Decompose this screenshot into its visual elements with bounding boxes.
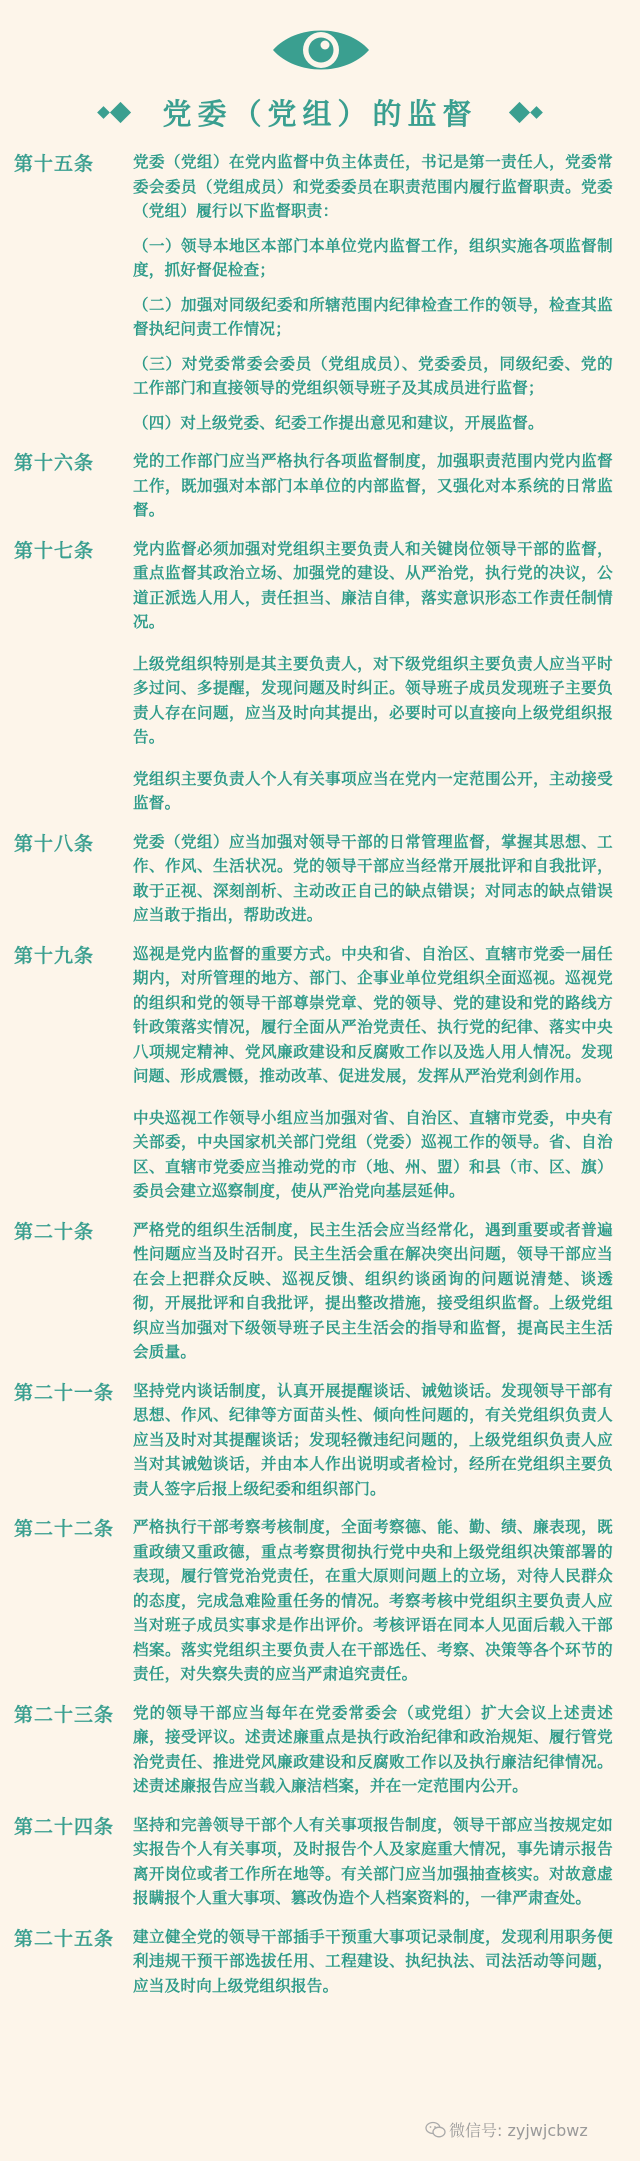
article-21: 第二十一条 坚持党内谈话制度，认真开展提醒谈话、诫勉谈话。发现领导干部有思想、作… xyxy=(0,1379,640,1502)
article-paragraph: 坚持和完善领导干部个人有关事项报告制度，领导干部应当按规定如实报告个人有关事项，… xyxy=(133,1813,613,1911)
article-label: 第二十三条 xyxy=(0,1701,133,1799)
article-paragraph: 党的工作部门应当严格执行各项监督制度，加强职责范围内党内监督工作，既加强对本部门… xyxy=(133,449,613,523)
article-label: 第十七条 xyxy=(0,537,133,816)
page-title: 党委（党组）的监督 xyxy=(162,92,477,133)
article-paragraph: 党组织主要负责人个人有关事项应当在党内一定范围公开，主动接受监督。 xyxy=(133,767,613,816)
title-row: 党委（党组）的监督 xyxy=(0,90,640,134)
article-paragraph: （三）对党委常委会委员（党组成员）、党委委员，同级纪委、党的工作部门和直接领导的… xyxy=(133,352,613,401)
article-label: 第二十二条 xyxy=(0,1515,133,1687)
article-body: 党内监督必须加强对党组织主要负责人和关键岗位领导干部的监督，重点监督其政治立场、… xyxy=(133,537,613,816)
article-list: 第十五条 党委（党组）在党内监督中负主体责任，书记是第一责任人，党委常委会委员（… xyxy=(0,150,640,2012)
article-label: 第十五条 xyxy=(0,150,133,435)
article-16: 第十六条 党的工作部门应当严格执行各项监督制度，加强职责范围内党内监督工作，既加… xyxy=(0,449,640,523)
article-15: 第十五条 党委（党组）在党内监督中负主体责任，书记是第一责任人，党委常委会委员（… xyxy=(0,150,640,435)
article-17: 第十七条 党内监督必须加强对党组织主要负责人和关键岗位领导干部的监督，重点监督其… xyxy=(0,537,640,816)
article-paragraph: 严格党的组织生活制度，民主生活会应当经常化，遇到重要或者普遍性问题应当及时召开。… xyxy=(133,1218,613,1365)
article-paragraph: （一）领导本地区本部门本单位党内监督工作，组织实施各项监督制度，抓好督促检查； xyxy=(133,234,613,283)
header: 党委（党组）的监督 xyxy=(0,0,640,140)
article-paragraph: （二）加强对同级纪委和所辖范围内纪律检查工作的领导，检查其监督执纪问责工作情况； xyxy=(133,293,613,342)
article-20: 第二十条 严格党的组织生活制度，民主生活会应当经常化，遇到重要或者普遍性问题应当… xyxy=(0,1218,640,1365)
article-body: 严格党的组织生活制度，民主生活会应当经常化，遇到重要或者普遍性问题应当及时召开。… xyxy=(133,1218,613,1365)
article-label: 第二十条 xyxy=(0,1218,133,1365)
article-label: 第十八条 xyxy=(0,830,133,928)
article-paragraph: 上级党组织特别是其主要负责人，对下级党组织主要负责人应当平时多过问、多提醒，发现… xyxy=(133,652,613,750)
article-body: 严格执行干部考察考核制度，全面考察德、能、勤、绩、廉表现，既重政绩又重政德，重点… xyxy=(133,1515,613,1687)
article-body: 巡视是党内监督的重要方式。中央和省、自治区、直辖市党委一届任期内，对所管理的地方… xyxy=(133,942,613,1204)
article-label: 第十六条 xyxy=(0,449,133,523)
article-body: 坚持党内谈话制度，认真开展提醒谈话、诫勉谈话。发现领导干部有思想、作风、纪律等方… xyxy=(133,1379,613,1502)
article-22: 第二十二条 严格执行干部考察考核制度，全面考察德、能、勤、绩、廉表现，既重政绩又… xyxy=(0,1515,640,1687)
eye-icon xyxy=(271,21,371,79)
article-paragraph: 党的领导干部应当每年在党委常委会（或党组）扩大会议上述责述廉，接受评议。述责述廉… xyxy=(133,1701,613,1799)
article-paragraph: 建立健全党的领导干部插手干预重大事项记录制度，发现利用职务便利违规干预干部选拔任… xyxy=(133,1925,613,1999)
article-23: 第二十三条 党的领导干部应当每年在党委常委会（或党组）扩大会议上述责述廉，接受评… xyxy=(0,1701,640,1799)
article-paragraph: 巡视是党内监督的重要方式。中央和省、自治区、直辖市党委一届任期内，对所管理的地方… xyxy=(133,942,613,1089)
diamond-ornament-right xyxy=(512,105,541,120)
article-body: 党委（党组）应当加强对领导干部的日常管理监督，掌握其思想、工作、作风、生活状况。… xyxy=(133,830,613,928)
wechat-icon xyxy=(425,2121,447,2139)
watermark-text: 微信号: zyjwjcbwz xyxy=(449,2118,588,2141)
article-paragraph: 党内监督必须加强对党组织主要负责人和关键岗位领导干部的监督，重点监督其政治立场、… xyxy=(133,537,613,635)
article-label: 第二十一条 xyxy=(0,1379,133,1502)
article-paragraph: 党委（党组）应当加强对领导干部的日常管理监督，掌握其思想、工作、作风、生活状况。… xyxy=(133,830,613,928)
article-body: 建立健全党的领导干部插手干预重大事项记录制度，发现利用职务便利违规干预干部选拔任… xyxy=(133,1925,613,1999)
article-25: 第二十五条 建立健全党的领导干部插手干预重大事项记录制度，发现利用职务便利违规干… xyxy=(0,1925,640,1999)
article-body: 党委（党组）在党内监督中负主体责任，书记是第一责任人，党委常委会委员（党组成员）… xyxy=(133,150,613,435)
article-label: 第十九条 xyxy=(0,942,133,1204)
article-label: 第二十四条 xyxy=(0,1813,133,1911)
article-18: 第十八条 党委（党组）应当加强对领导干部的日常管理监督，掌握其思想、工作、作风、… xyxy=(0,830,640,928)
article-paragraph: （四）对上级党委、纪委工作提出意见和建议，开展监督。 xyxy=(133,411,613,436)
article-label: 第二十五条 xyxy=(0,1925,133,1999)
watermark: 微信号: zyjwjcbwz xyxy=(425,2118,588,2141)
article-paragraph: 严格执行干部考察考核制度，全面考察德、能、勤、绩、廉表现，既重政绩又重政德，重点… xyxy=(133,1515,613,1687)
article-body: 坚持和完善领导干部个人有关事项报告制度，领导干部应当按规定如实报告个人有关事项，… xyxy=(133,1813,613,1911)
article-body: 党的领导干部应当每年在党委常委会（或党组）扩大会议上述责述廉，接受评议。述责述廉… xyxy=(133,1701,613,1799)
diamond-ornament-left xyxy=(99,105,128,120)
article-paragraph: 中央巡视工作领导小组应当加强对省、自治区、直辖市党委，中央有关部委，中央国家机关… xyxy=(133,1106,613,1204)
article-paragraph: 党委（党组）在党内监督中负主体责任，书记是第一责任人，党委常委会委员（党组成员）… xyxy=(133,150,613,224)
article-body: 党的工作部门应当严格执行各项监督制度，加强职责范围内党内监督工作，既加强对本部门… xyxy=(133,449,613,523)
article-24: 第二十四条 坚持和完善领导干部个人有关事项报告制度，领导干部应当按规定如实报告个… xyxy=(0,1813,640,1911)
article-19: 第十九条 巡视是党内监督的重要方式。中央和省、自治区、直辖市党委一届任期内，对所… xyxy=(0,942,640,1204)
article-paragraph: 坚持党内谈话制度，认真开展提醒谈话、诫勉谈话。发现领导干部有思想、作风、纪律等方… xyxy=(133,1379,613,1502)
